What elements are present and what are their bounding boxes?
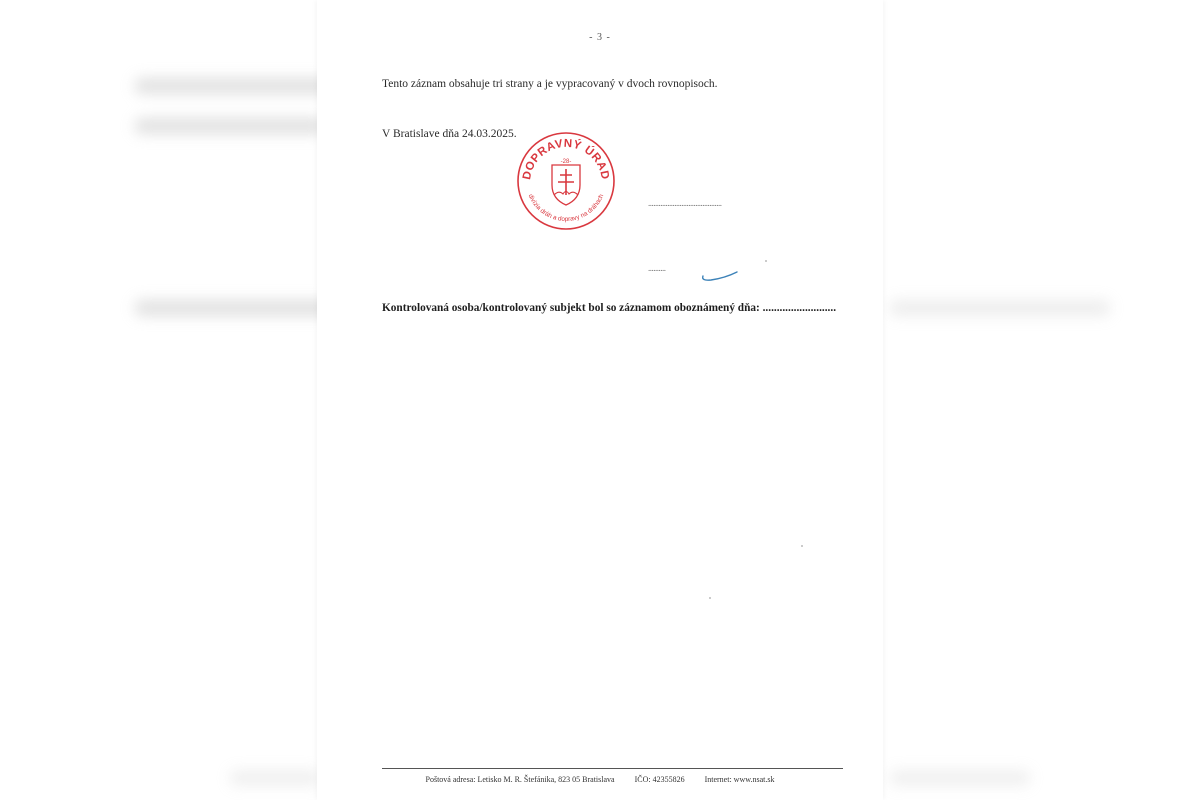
handwritten-signature-icon	[697, 264, 747, 284]
official-stamp-icon: DOPRAVNÝ ÚRAD divízia dráh a dopravy na …	[516, 131, 616, 231]
svg-text:divízia dráh a dopravy na dráh: divízia dráh a dopravy na dráhach	[527, 193, 606, 223]
footer-internet: Internet: www.nsat.sk	[705, 775, 775, 784]
scan-speck	[765, 260, 767, 262]
page-footer: Poštová adresa: Letisko M. R. Štefánika,…	[317, 775, 883, 784]
document-page: - 3 - Tento záznam obsahuje tri strany a…	[317, 0, 883, 800]
document-viewer: - 3 - Tento záznam obsahuje tri strany a…	[0, 0, 1200, 800]
closing-note: Tento záznam obsahuje tri strany a je vy…	[382, 78, 717, 90]
signature-line-2: ..........	[648, 263, 666, 273]
scan-speck	[801, 545, 803, 547]
place-date: V Bratislave dňa 24.03.2025.	[382, 128, 517, 140]
page-number: - 3 -	[317, 32, 883, 43]
scan-speck	[709, 597, 711, 599]
svg-text:-28-: -28-	[561, 159, 572, 165]
footer-ico: IČO: 42355826	[635, 775, 685, 784]
signature-line-1: ........................................…	[648, 198, 722, 208]
acknowledgement-line: Kontrolovaná osoba/kontrolovaný subjekt …	[382, 302, 836, 314]
footer-address: Poštová adresa: Letisko M. R. Štefánika,…	[426, 775, 615, 784]
footer-divider	[382, 768, 843, 769]
